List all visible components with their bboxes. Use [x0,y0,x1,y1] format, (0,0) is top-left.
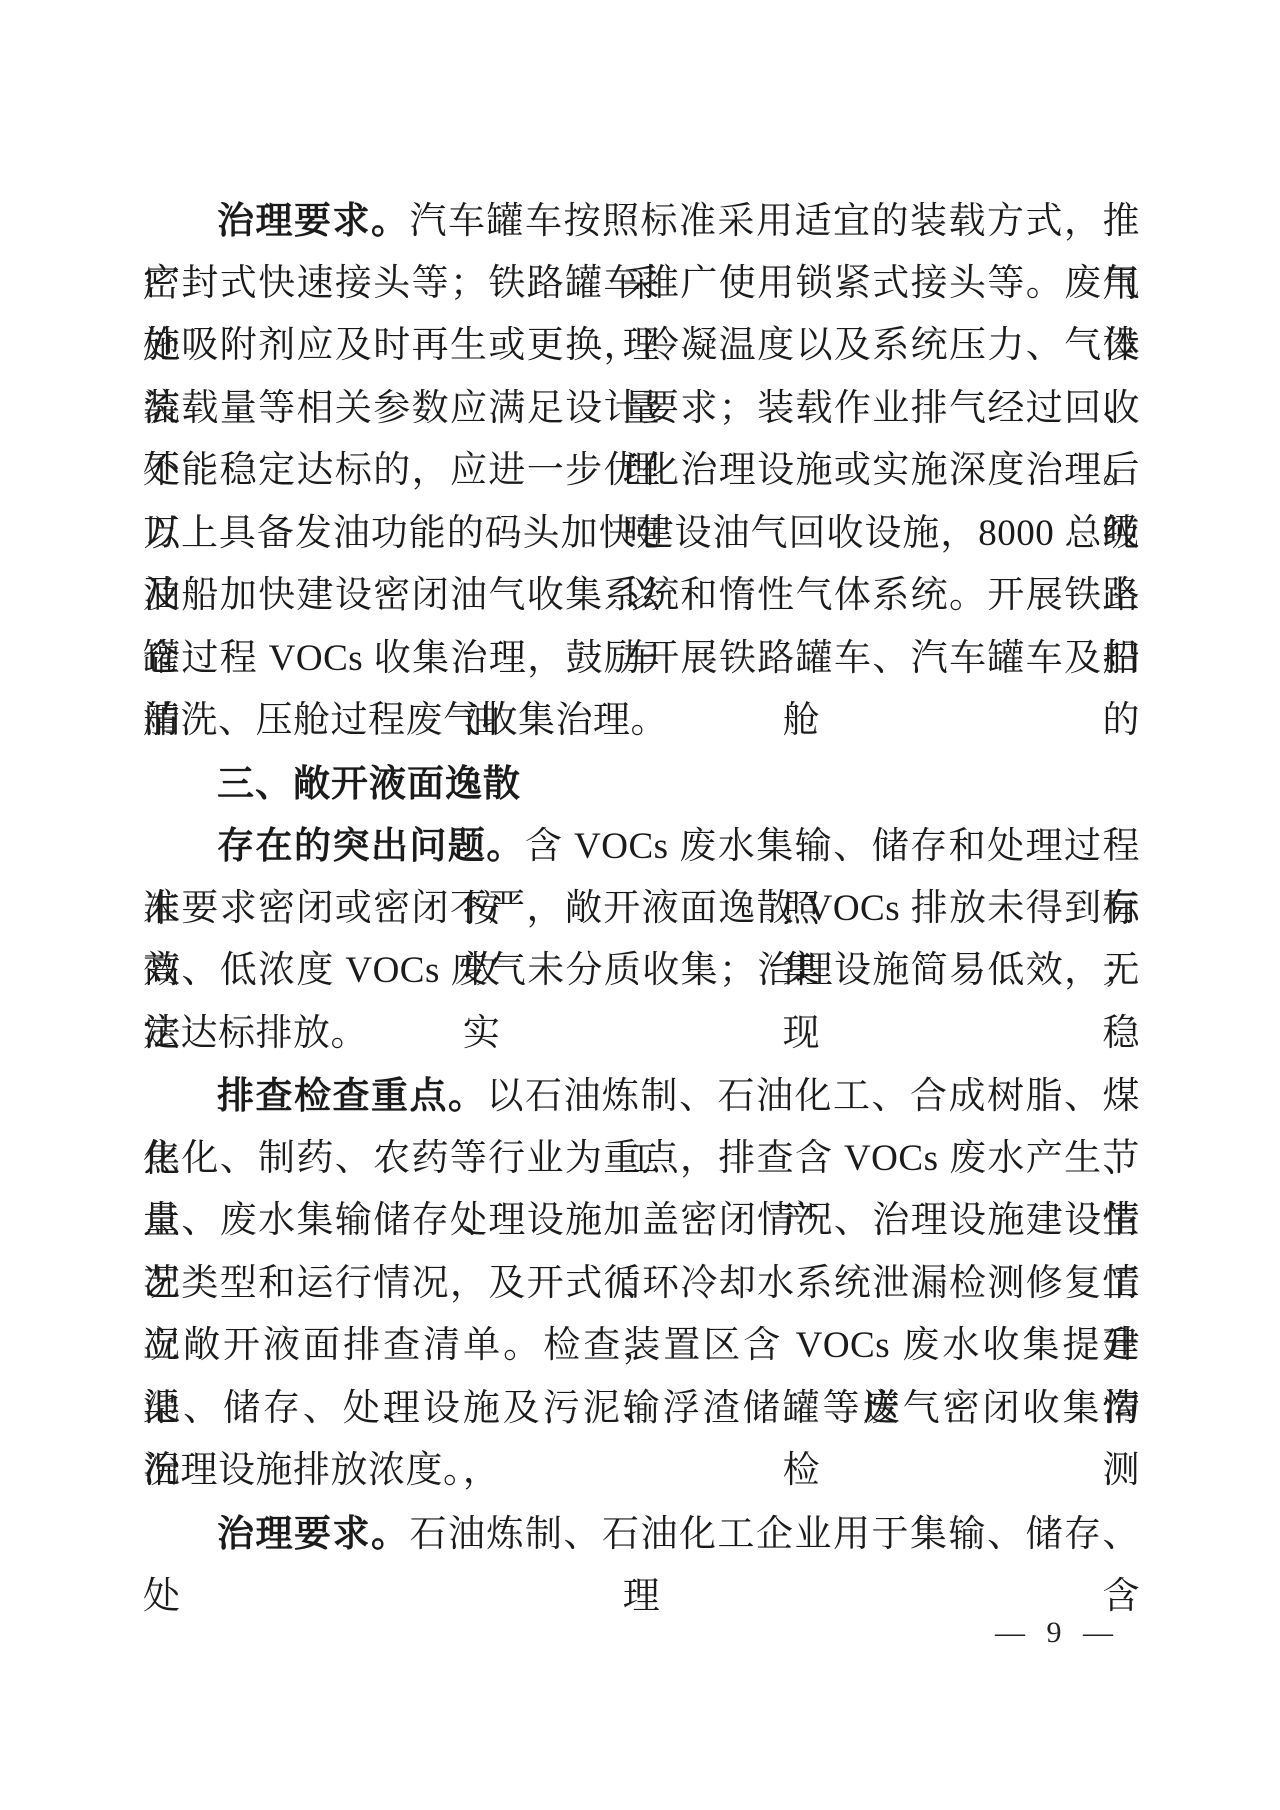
text-line: 装载量等相关参数应满足设计要求；装载作业排气经过回收处理后 [143,378,1140,441]
line-text: 清洗、压舱过程废气收集治理。 [143,700,668,741]
text-line: 立敞开液面排查清单。检查装置区含 VOCs 废水收集提升池、输送沟 [143,1315,1140,1378]
text-line: 施吸附剂应及时再生或更换，冷凝温度以及系统压力、气体流量、 [143,315,1140,378]
line-text: 治理设施排放浓度。 [143,1450,481,1491]
text-line: 治理要求。汽车罐车按照标准采用适宜的装载方式，推广采用 [143,190,1140,253]
text-line: 存在的突出问题。含 VOCs 废水集输、储存和处理过程未按照标 [143,815,1140,878]
text-line: 不能稳定达标的，应进一步优化治理设施或实施深度治理。万吨级 [143,440,1140,503]
page-number: — 9 — [995,1616,1120,1650]
line-text: 定达标排放。 [143,1013,368,1054]
text-line: 焦化、制药、农药等行业为重点，排查含 VOCs 废水产生节点、产生 [143,1128,1140,1191]
text-line: 密封式快速接头等；铁路罐车推广使用锁紧式接头等。废气处理设 [143,253,1140,316]
bold-lead: 治理要求。 [217,1513,410,1554]
text-line: 油船加快建设密闭油气收集系统和惰性气体系统。开展铁路罐车扫 [143,565,1140,628]
text-line: 艺类型和运行情况，及开式循环冷却水系统泄漏检测修复情况，建 [143,1253,1140,1316]
text-line: 高、低浓度 VOCs 废气未分质收集；治理设施简易低效，无法实现稳 [143,940,1140,1003]
text-line: 以上具备发油功能的码头加快建设油气回收设施，8000 总吨及以上 [143,503,1140,566]
section-heading-text: 三、敞开液面逸散 [217,763,521,804]
text-line: 量、废水集输储存处理设施加盖密闭情况、治理设施建设情况、工 [143,1190,1140,1253]
document-page: 治理要求。汽车罐车按照标准采用适宜的装载方式，推广采用 密封式快速接头等；铁路罐… [143,190,1140,1565]
text-line: 仓过程 VOCs 收集治理，鼓励开展铁路罐车、汽车罐车及船舶油舱的 [143,628,1140,691]
bold-lead: 存在的突出问题。 [217,825,525,866]
bold-lead: 排查检查重点。 [217,1075,487,1116]
text-line: 渠、储存、处理设施及污泥、浮渣储罐等废气密闭收集情况，检测 [143,1378,1140,1441]
text-line: 准要求密闭或密闭不严，敞开液面逸散 VOCs 排放未得到有效收集； [143,878,1140,941]
section-heading: 三、敞开液面逸散 [143,753,1140,816]
text-line: 排查检查重点。以石油炼制、石油化工、合成树脂、煤化工、 [143,1065,1140,1128]
text-line: 治理要求。石油炼制、石油化工企业用于集输、储存、处理含 [143,1503,1140,1566]
bold-lead: 治理要求。 [217,200,410,241]
